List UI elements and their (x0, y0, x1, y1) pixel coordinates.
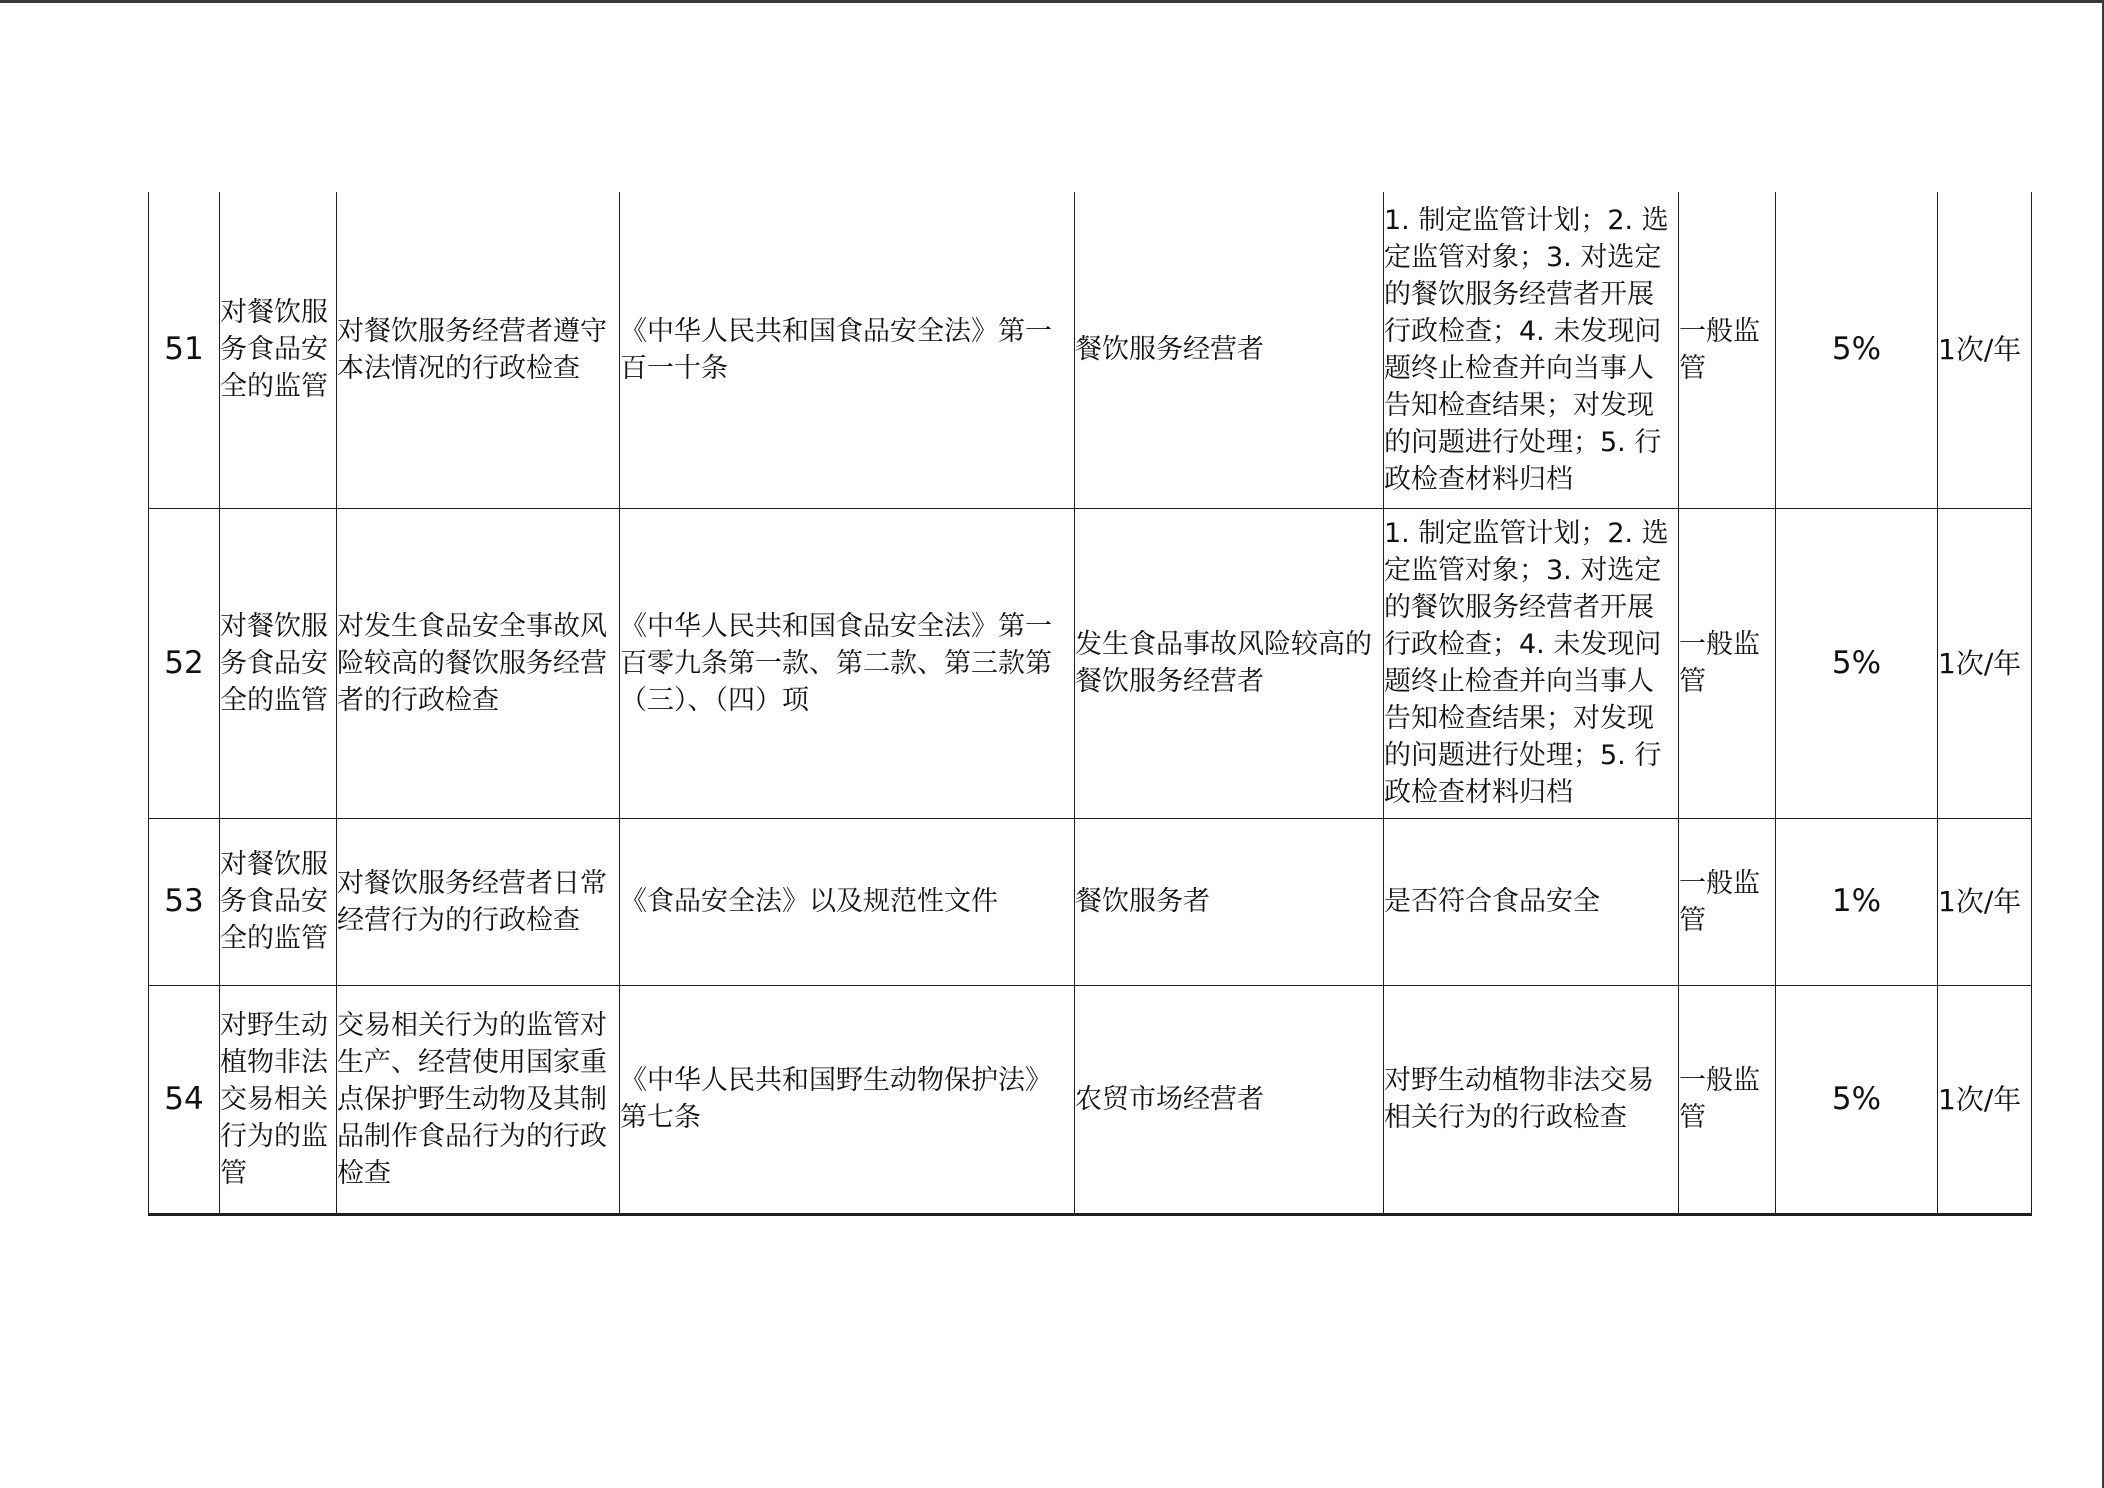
cell-inspection-item: 对发生食品安全事故风险较高的餐饮服务经营者的行政检查 (337, 508, 620, 818)
cell-inspection-item: 交易相关行为的监管对生产、经营使用国家重点保护野生动物及其制品制作食品行为的行政… (337, 985, 620, 1214)
cell-inspection-item: 对餐饮服务经营者日常经营行为的行政检查 (337, 818, 620, 985)
cell-process: 1. 制定监管计划；2. 选定监管对象；3. 对选定的餐饮服务经营者开展行政检查… (1384, 192, 1679, 508)
cell-row-number: 52 (149, 508, 220, 818)
cell-category: 对餐饮服务食品安全的监管 (220, 508, 337, 818)
cell-category: 对野生动植物非法交易相关行为的监管 (220, 985, 337, 1214)
cell-legal-basis: 《中华人民共和国野生动物保护法》第七条 (620, 985, 1075, 1214)
document-page: 51 对餐饮服务食品安全的监管 对餐饮服务经营者遵守本法情况的行政检查 《中华人… (0, 0, 2104, 1488)
cell-supervision-mode: 一般监管 (1679, 985, 1776, 1214)
cell-category: 对餐饮服务食品安全的监管 (220, 192, 337, 508)
cell-sample-ratio: 5% (1776, 192, 1938, 508)
cell-sample-ratio: 5% (1776, 508, 1938, 818)
cell-row-number: 51 (149, 192, 220, 508)
cell-frequency: 1次/年 (1938, 985, 2032, 1214)
cell-target: 餐饮服务者 (1075, 818, 1384, 985)
table-row: 54 对野生动植物非法交易相关行为的监管 交易相关行为的监管对生产、经营使用国家… (149, 985, 2032, 1214)
table-row: 51 对餐饮服务食品安全的监管 对餐饮服务经营者遵守本法情况的行政检查 《中华人… (149, 192, 2032, 508)
table-row: 52 对餐饮服务食品安全的监管 对发生食品安全事故风险较高的餐饮服务经营者的行政… (149, 508, 2032, 818)
cell-legal-basis: 《中华人民共和国食品安全法》第一百一十条 (620, 192, 1075, 508)
page-top-edge (0, 0, 2104, 3)
cell-frequency: 1次/年 (1938, 818, 2032, 985)
cell-row-number: 54 (149, 985, 220, 1214)
cell-legal-basis: 《中华人民共和国食品安全法》第一百零九条第一款、第二款、第三款第（三）、（四）项 (620, 508, 1075, 818)
cell-supervision-mode: 一般监管 (1679, 192, 1776, 508)
cell-frequency: 1次/年 (1938, 508, 2032, 818)
cell-category: 对餐饮服务食品安全的监管 (220, 818, 337, 985)
inspection-items-table: 51 对餐饮服务食品安全的监管 对餐饮服务经营者遵守本法情况的行政检查 《中华人… (148, 192, 2032, 1216)
cell-row-number: 53 (149, 818, 220, 985)
cell-target: 发生食品事故风险较高的餐饮服务经营者 (1075, 508, 1384, 818)
cell-process: 是否符合食品安全 (1384, 818, 1679, 985)
cell-target: 餐饮服务经营者 (1075, 192, 1384, 508)
cell-sample-ratio: 1% (1776, 818, 1938, 985)
cell-supervision-mode: 一般监管 (1679, 818, 1776, 985)
cell-process: 1. 制定监管计划；2. 选定监管对象；3. 对选定的餐饮服务经营者开展行政检查… (1384, 508, 1679, 818)
cell-supervision-mode: 一般监管 (1679, 508, 1776, 818)
table-row: 53 对餐饮服务食品安全的监管 对餐饮服务经营者日常经营行为的行政检查 《食品安… (149, 818, 2032, 985)
cell-frequency: 1次/年 (1938, 192, 2032, 508)
cell-target: 农贸市场经营者 (1075, 985, 1384, 1214)
cell-legal-basis: 《食品安全法》以及规范性文件 (620, 818, 1075, 985)
cell-sample-ratio: 5% (1776, 985, 1938, 1214)
cell-process: 对野生动植物非法交易相关行为的行政检查 (1384, 985, 1679, 1214)
cell-inspection-item: 对餐饮服务经营者遵守本法情况的行政检查 (337, 192, 620, 508)
